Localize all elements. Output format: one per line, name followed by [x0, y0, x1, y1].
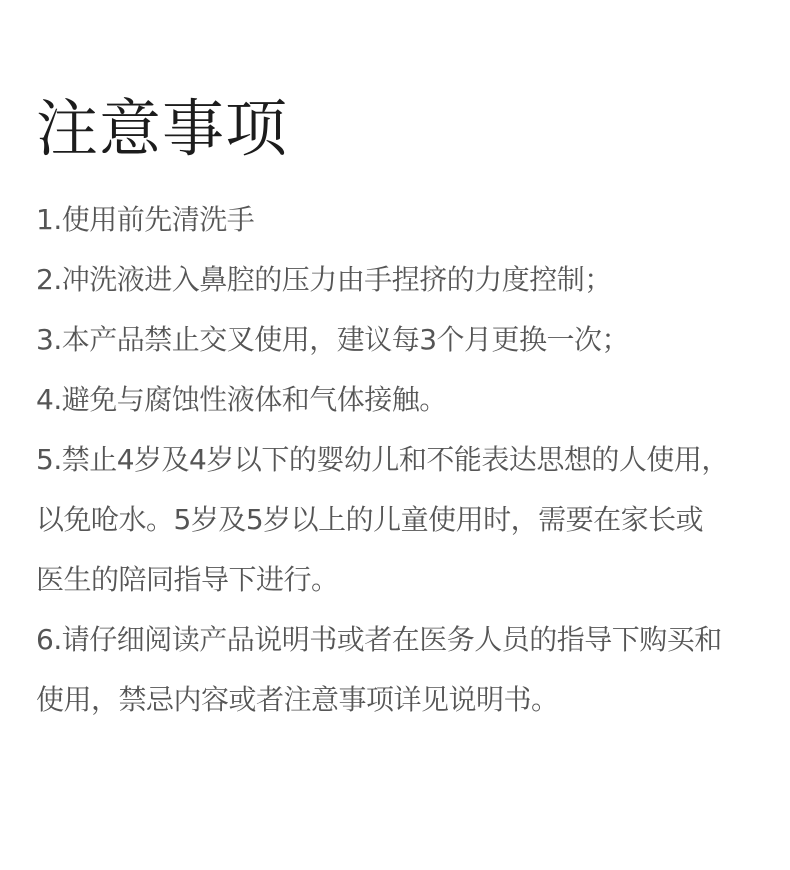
precaution-text: 6.请仔细阅读产品说明书或者在医务人员的指导下购买和	[36, 610, 776, 670]
precaution-text: 3.本产品禁止交叉使用，建议每3个月更换一次；	[36, 310, 776, 370]
precaution-item-5: 5.禁止4岁及4岁以下的婴幼儿和不能表达思想的人使用， 以免呛水。5岁及5岁以上…	[36, 430, 776, 610]
precaution-text-continued: 使用，禁忌内容或者注意事项详见说明书。	[36, 670, 776, 730]
precaution-item-3: 3.本产品禁止交叉使用，建议每3个月更换一次；	[36, 310, 776, 370]
page-title: 注意事项	[36, 92, 288, 166]
precaution-item-2: 2.冲洗液进入鼻腔的压力由手捏挤的力度控制；	[36, 250, 776, 310]
precaution-text: 2.冲洗液进入鼻腔的压力由手捏挤的力度控制；	[36, 250, 776, 310]
precautions-list: 1.使用前先清洗手 2.冲洗液进入鼻腔的压力由手捏挤的力度控制； 3.本产品禁止…	[36, 190, 776, 730]
precaution-text-continued: 以免呛水。5岁及5岁以上的儿童使用时，需要在家长或	[36, 490, 776, 550]
precaution-text: 4.避免与腐蚀性液体和气体接触。	[36, 370, 776, 430]
precaution-text: 1.使用前先清洗手	[36, 190, 776, 250]
precaution-text-continued: 医生的陪同指导下进行。	[36, 550, 776, 610]
precaution-text: 5.禁止4岁及4岁以下的婴幼儿和不能表达思想的人使用，	[36, 430, 776, 490]
precaution-item-6: 6.请仔细阅读产品说明书或者在医务人员的指导下购买和 使用，禁忌内容或者注意事项…	[36, 610, 776, 730]
precaution-item-1: 1.使用前先清洗手	[36, 190, 776, 250]
precaution-item-4: 4.避免与腐蚀性液体和气体接触。	[36, 370, 776, 430]
